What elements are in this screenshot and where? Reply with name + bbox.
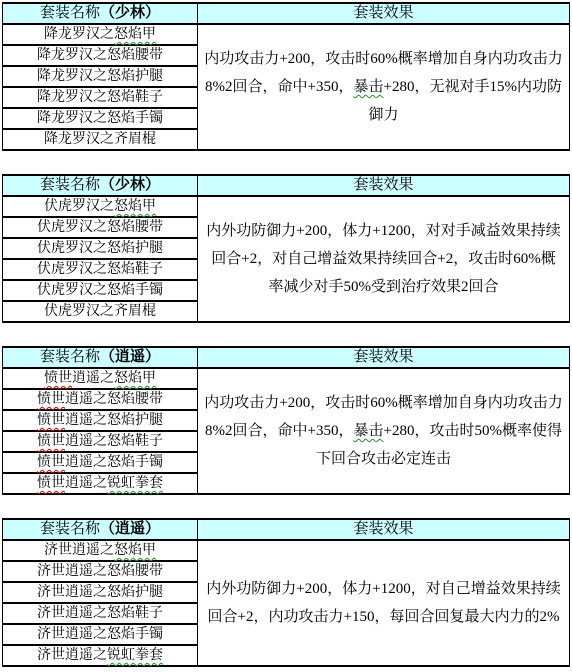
text-segment: +280，无视对手15%内功防御力 [368, 79, 561, 123]
set-name-header-label: 套装名称 [40, 349, 100, 365]
text-segment: 伏虎罗汉之怒焰鞋子 [37, 262, 163, 277]
spellcheck-red-underline: 愤世 [37, 413, 65, 428]
set-name-header: 套装名称（逍遥） [3, 347, 198, 368]
set-name-header: 套装名称（逍遥） [3, 519, 198, 540]
set-name-header-label: 套装名称 [40, 5, 100, 21]
set-name-header-label: 套装名称 [40, 521, 100, 537]
table-header-row: 套装名称（逍遥） 套装效果 [3, 519, 570, 540]
spellcheck-red-underline: 愤世 [37, 392, 65, 407]
equipment-name-cell: 降龙罗汉之怒焰甲 [3, 24, 198, 45]
spellcheck-red-underline: 愤世 [37, 455, 65, 470]
equipment-name-cell: 伏虎罗汉之怒焰鞋子 [3, 259, 198, 280]
spellcheck-green-underline: 锐虹拳套 [107, 476, 163, 491]
text-segment: 降龙罗汉之怒焰手镯 [37, 111, 163, 126]
spellcheck-green-underline: 怒焰甲 [114, 371, 156, 386]
text-segment: 济世逍遥之 [44, 543, 114, 558]
equipment-name-cell: 济世逍遥之怒焰甲 [3, 540, 198, 561]
equipment-name-cell: 愤世逍遥之怒焰鞋子 [3, 431, 198, 452]
equipment-set-table: 套装名称（少林） 套装效果 降龙罗汉之怒焰甲内功攻击力+200，攻击时60%概率… [2, 2, 570, 151]
equipment-name-cell: 愤世逍遥之怒焰护腿 [3, 410, 198, 431]
text-segment: 伏虎罗汉之怒焰手镯 [37, 283, 163, 298]
set-school-label: （少林） [100, 5, 160, 21]
set-effect-header-label: 套装效果 [353, 349, 413, 365]
equipment-name-cell: 伏虎罗汉之齐眉棍 [3, 301, 198, 322]
text-segment: 内外功防御力+200，体力+1200，对对手减益效果持续回合+2，对自己增益效果… [206, 223, 560, 295]
text-segment: 逍遥之怒焰鞋子 [65, 434, 163, 449]
text-segment: 逍遥之怒焰护腿 [65, 413, 163, 428]
equipment-set-table: 套装名称（逍遥） 套装效果 愤世逍遥之怒焰甲内功攻击力+200，攻击时60%概率… [2, 346, 570, 495]
spellcheck-green-underline: 怒焰甲 [114, 27, 156, 42]
equipment-name-cell: 伏虎罗汉之怒焰手镯 [3, 280, 198, 301]
set-effect-header: 套装效果 [198, 519, 570, 540]
text-segment: 逍遥之怒焰手镯 [65, 455, 163, 470]
text-segment: 济世逍遥之怒焰腰带 [37, 564, 163, 579]
set-effect-header-label: 套装效果 [353, 177, 413, 193]
set-name-header: 套装名称（少林） [3, 175, 198, 196]
text-segment: 降龙罗汉之怒焰鞋子 [37, 90, 163, 105]
equipment-name-cell: 降龙罗汉之齐眉棍 [3, 129, 198, 150]
spellcheck-green-underline: 怒焰甲 [114, 543, 156, 558]
text-segment: 济世逍遥之怒焰鞋子 [37, 606, 163, 621]
text-segment: 济世逍遥之怒焰护腿 [37, 585, 163, 600]
text-segment: 降龙罗汉之 [44, 27, 114, 42]
text-segment: 降龙罗汉之齐眉棍 [44, 132, 156, 147]
equipment-name-cell: 降龙罗汉之怒焰腰带 [3, 45, 198, 66]
equipment-row: 降龙罗汉之怒焰甲内功攻击力+200，攻击时60%概率增加自身内功攻击力8%2回合… [3, 24, 570, 45]
text-segment: 济世逍遥之怒焰手镯 [37, 627, 163, 642]
equipment-set-table: 套装名称（少林） 套装效果 伏虎罗汉之怒焰甲内外功防御力+200，体力+1200… [2, 174, 570, 323]
spellcheck-green-underline: 暴击 [353, 79, 383, 95]
table-header-row: 套装名称（少林） 套装效果 [3, 3, 570, 24]
spellcheck-green-underline: 怒焰甲 [114, 199, 156, 214]
table-header-row: 套装名称（少林） 套装效果 [3, 175, 570, 196]
equipment-name-cell: 愤世逍遥之锐虹拳套 [3, 473, 198, 494]
text-segment: 降龙罗汉之怒焰护腿 [37, 69, 163, 84]
set-school-label: （少林） [100, 177, 160, 193]
text-segment: 内外功防御力+200，体力+1200，对自己增益效果持续回合+2，内功攻击力+1… [206, 581, 560, 625]
text-segment: 降龙罗汉之怒焰腰带 [37, 48, 163, 63]
equipment-name-cell: 济世逍遥之怒焰腰带 [3, 561, 198, 582]
equipment-name-cell: 愤世逍遥之怒焰甲 [3, 368, 198, 389]
spellcheck-red-underline: 愤世 [37, 476, 65, 491]
text-segment: 伏虎罗汉之齐眉棍 [44, 304, 156, 319]
text-segment: 伏虎罗汉之怒焰腰带 [37, 220, 163, 235]
set-effect-header-label: 套装效果 [353, 5, 413, 21]
document-body: 套装名称（少林） 套装效果 降龙罗汉之怒焰甲内功攻击力+200，攻击时60%概率… [0, 0, 572, 667]
equipment-name-cell: 济世逍遥之怒焰护腿 [3, 582, 198, 603]
equipment-row: 伏虎罗汉之怒焰甲内外功防御力+200，体力+1200，对对手减益效果持续回合+2… [3, 196, 570, 217]
spellcheck-red-underline: 愤世 [37, 434, 65, 449]
set-effect-cell: 内功攻击力+200，攻击时60%概率增加自身内功攻击力8%2回合，命中+350，… [198, 24, 570, 150]
set-effect-header: 套装效果 [198, 175, 570, 196]
text-segment: 逍遥之 [65, 476, 107, 491]
equipment-name-cell: 济世逍遥之怒焰鞋子 [3, 603, 198, 624]
equipment-name-cell: 济世逍遥之锐虹拳套 [3, 645, 198, 666]
set-effect-header: 套装效果 [198, 3, 570, 24]
set-school-label: （逍遥） [100, 349, 160, 365]
equipment-name-cell: 愤世逍遥之怒焰腰带 [3, 389, 198, 410]
spellcheck-green-underline: 暴击 [353, 423, 383, 439]
set-name-header: 套装名称（少林） [3, 3, 198, 24]
equipment-name-cell: 伏虎罗汉之怒焰甲 [3, 196, 198, 217]
table-header-row: 套装名称（逍遥） 套装效果 [3, 347, 570, 368]
equipment-set-tables: 套装名称（少林） 套装效果 降龙罗汉之怒焰甲内功攻击力+200，攻击时60%概率… [2, 2, 569, 667]
equipment-name-cell: 伏虎罗汉之怒焰腰带 [3, 217, 198, 238]
equipment-name-cell: 济世逍遥之怒焰手镯 [3, 624, 198, 645]
text-segment: 伏虎罗汉之 [44, 199, 114, 214]
text-segment: 逍遥之 [72, 371, 114, 386]
equipment-row: 愤世逍遥之怒焰甲内功攻击力+200，攻击时60%概率增加自身内功攻击力8%2回合… [3, 368, 570, 389]
spellcheck-red-underline: 愤世 [44, 371, 72, 386]
equipment-row: 济世逍遥之怒焰甲内外功防御力+200，体力+1200，对自己增益效果持续回合+2… [3, 540, 570, 561]
text-segment: 济世逍遥之 [37, 648, 107, 663]
set-name-header-label: 套装名称 [40, 177, 100, 193]
equipment-name-cell: 降龙罗汉之怒焰鞋子 [3, 87, 198, 108]
equipment-name-cell: 愤世逍遥之怒焰手镯 [3, 452, 198, 473]
equipment-set-table: 套装名称（逍遥） 套装效果 济世逍遥之怒焰甲内外功防御力+200，体力+1200… [2, 518, 570, 667]
spellcheck-green-underline: 锐虹拳套 [107, 648, 163, 663]
text-segment: 伏虎罗汉之怒焰护腿 [37, 241, 163, 256]
text-segment: 逍遥之怒焰腰带 [65, 392, 163, 407]
set-effect-cell: 内外功防御力+200，体力+1200，对自己增益效果持续回合+2，内功攻击力+1… [198, 540, 570, 666]
equipment-name-cell: 降龙罗汉之怒焰手镯 [3, 108, 198, 129]
set-school-label: （逍遥） [100, 521, 160, 537]
set-effect-cell: 内功攻击力+200，攻击时60%概率增加自身内功攻击力8%2回合，命中+350，… [198, 368, 570, 494]
equipment-name-cell: 伏虎罗汉之怒焰护腿 [3, 238, 198, 259]
set-effect-header-label: 套装效果 [353, 521, 413, 537]
set-effect-header: 套装效果 [198, 347, 570, 368]
equipment-name-cell: 降龙罗汉之怒焰护腿 [3, 66, 198, 87]
set-effect-cell: 内外功防御力+200，体力+1200，对对手减益效果持续回合+2，对自己增益效果… [198, 196, 570, 322]
